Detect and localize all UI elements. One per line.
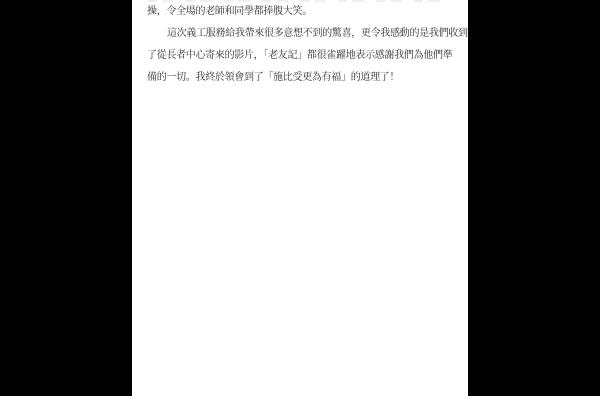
paragraph-line: 備的一切。我終於領會到了「施比受更為有福」的道理了！ [147, 67, 459, 89]
right-letterbox [468, 0, 600, 400]
document-text-block: 操，令全場的老師和同學都捧腹大笑。 這次義工服務給我帶來很多意想不到的驚喜，更令… [147, 1, 459, 89]
paragraph-line: 操，令全場的老師和同學都捧腹大笑。 [147, 1, 459, 23]
paragraph-line: 這次義工服務給我帶來很多意想不到的驚喜，更令我感動的是我們收到 [147, 23, 459, 45]
bottom-strip [0, 396, 600, 400]
left-letterbox [0, 0, 132, 400]
document-page[interactable]: 操，令全場的老師和同學都捧腹大笑。 這次義工服務給我帶來很多意想不到的驚喜，更令… [132, 0, 468, 400]
paragraph-line: 了從長者中心寄來的影片，「老友記」都很雀躍地表示感謝我們為他們準 [147, 45, 459, 67]
